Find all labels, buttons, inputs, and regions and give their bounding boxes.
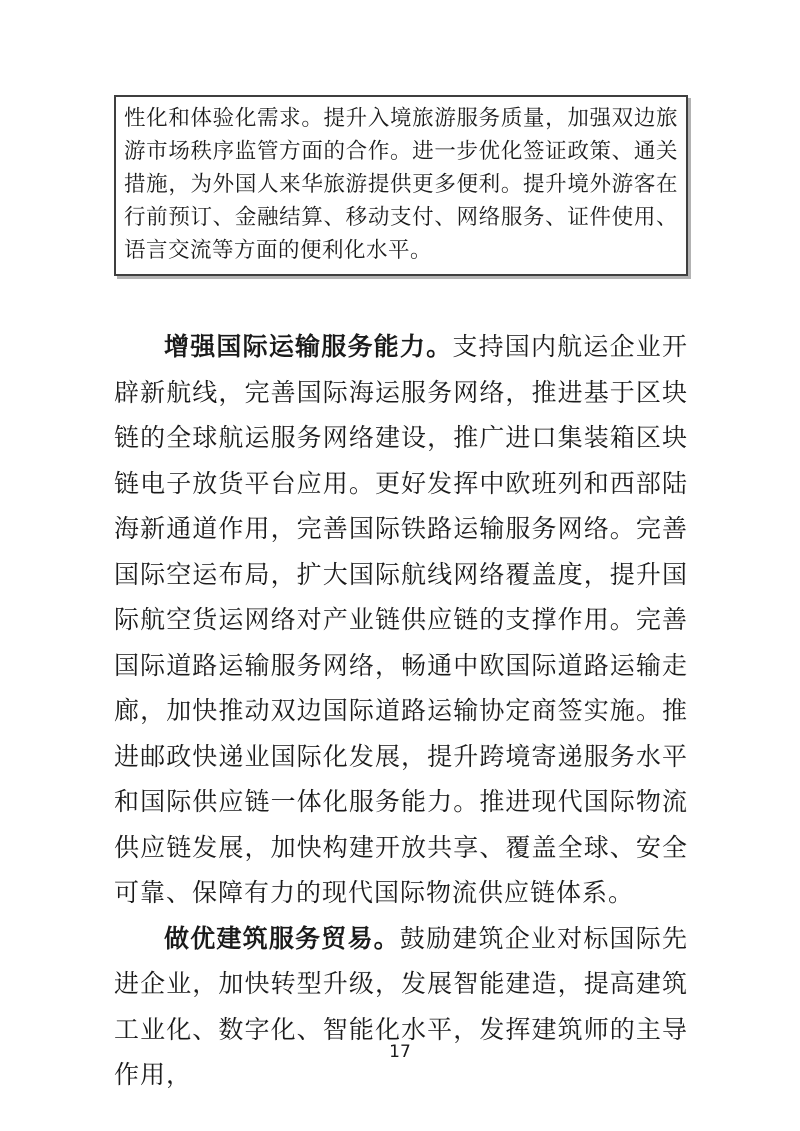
paragraph-transport-services: 增强国际运输服务能力。支持国内航运企业开辟新航线，完善国际海运服务网络，推进基于…: [114, 325, 688, 917]
paragraph-transport-body: 支持国内航运企业开辟新航线，完善国际海运服务网络，推进基于区块链的全球航运服务网…: [114, 334, 688, 907]
document-page: 性化和体验化需求。提升入境旅游服务质量，加强双边旅游市场秩序监管方面的合作。进一…: [0, 0, 800, 1131]
paragraph-transport-lead: 增强国际运输服务能力。: [164, 334, 452, 361]
callout-box: 性化和体验化需求。提升入境旅游服务质量，加强双边旅游市场秩序监管方面的合作。进一…: [114, 95, 688, 276]
callout-text: 性化和体验化需求。提升入境旅游服务质量，加强双边旅游市场秩序监管方面的合作。进一…: [124, 102, 678, 267]
paragraph-construction-trade: 做优建筑服务贸易。鼓励建筑企业对标国际先进企业，加快转型升级，发展智能建造，提高…: [114, 917, 688, 1099]
body-paragraphs: 增强国际运输服务能力。支持国内航运企业开辟新航线，完善国际海运服务网络，推进基于…: [114, 325, 688, 1099]
text-block: 性化和体验化需求。提升入境旅游服务质量，加强双边旅游市场秩序监管方面的合作。进一…: [114, 95, 688, 1099]
page-number: 17: [0, 1042, 800, 1062]
paragraph-construction-lead: 做优建筑服务贸易。: [164, 926, 400, 953]
